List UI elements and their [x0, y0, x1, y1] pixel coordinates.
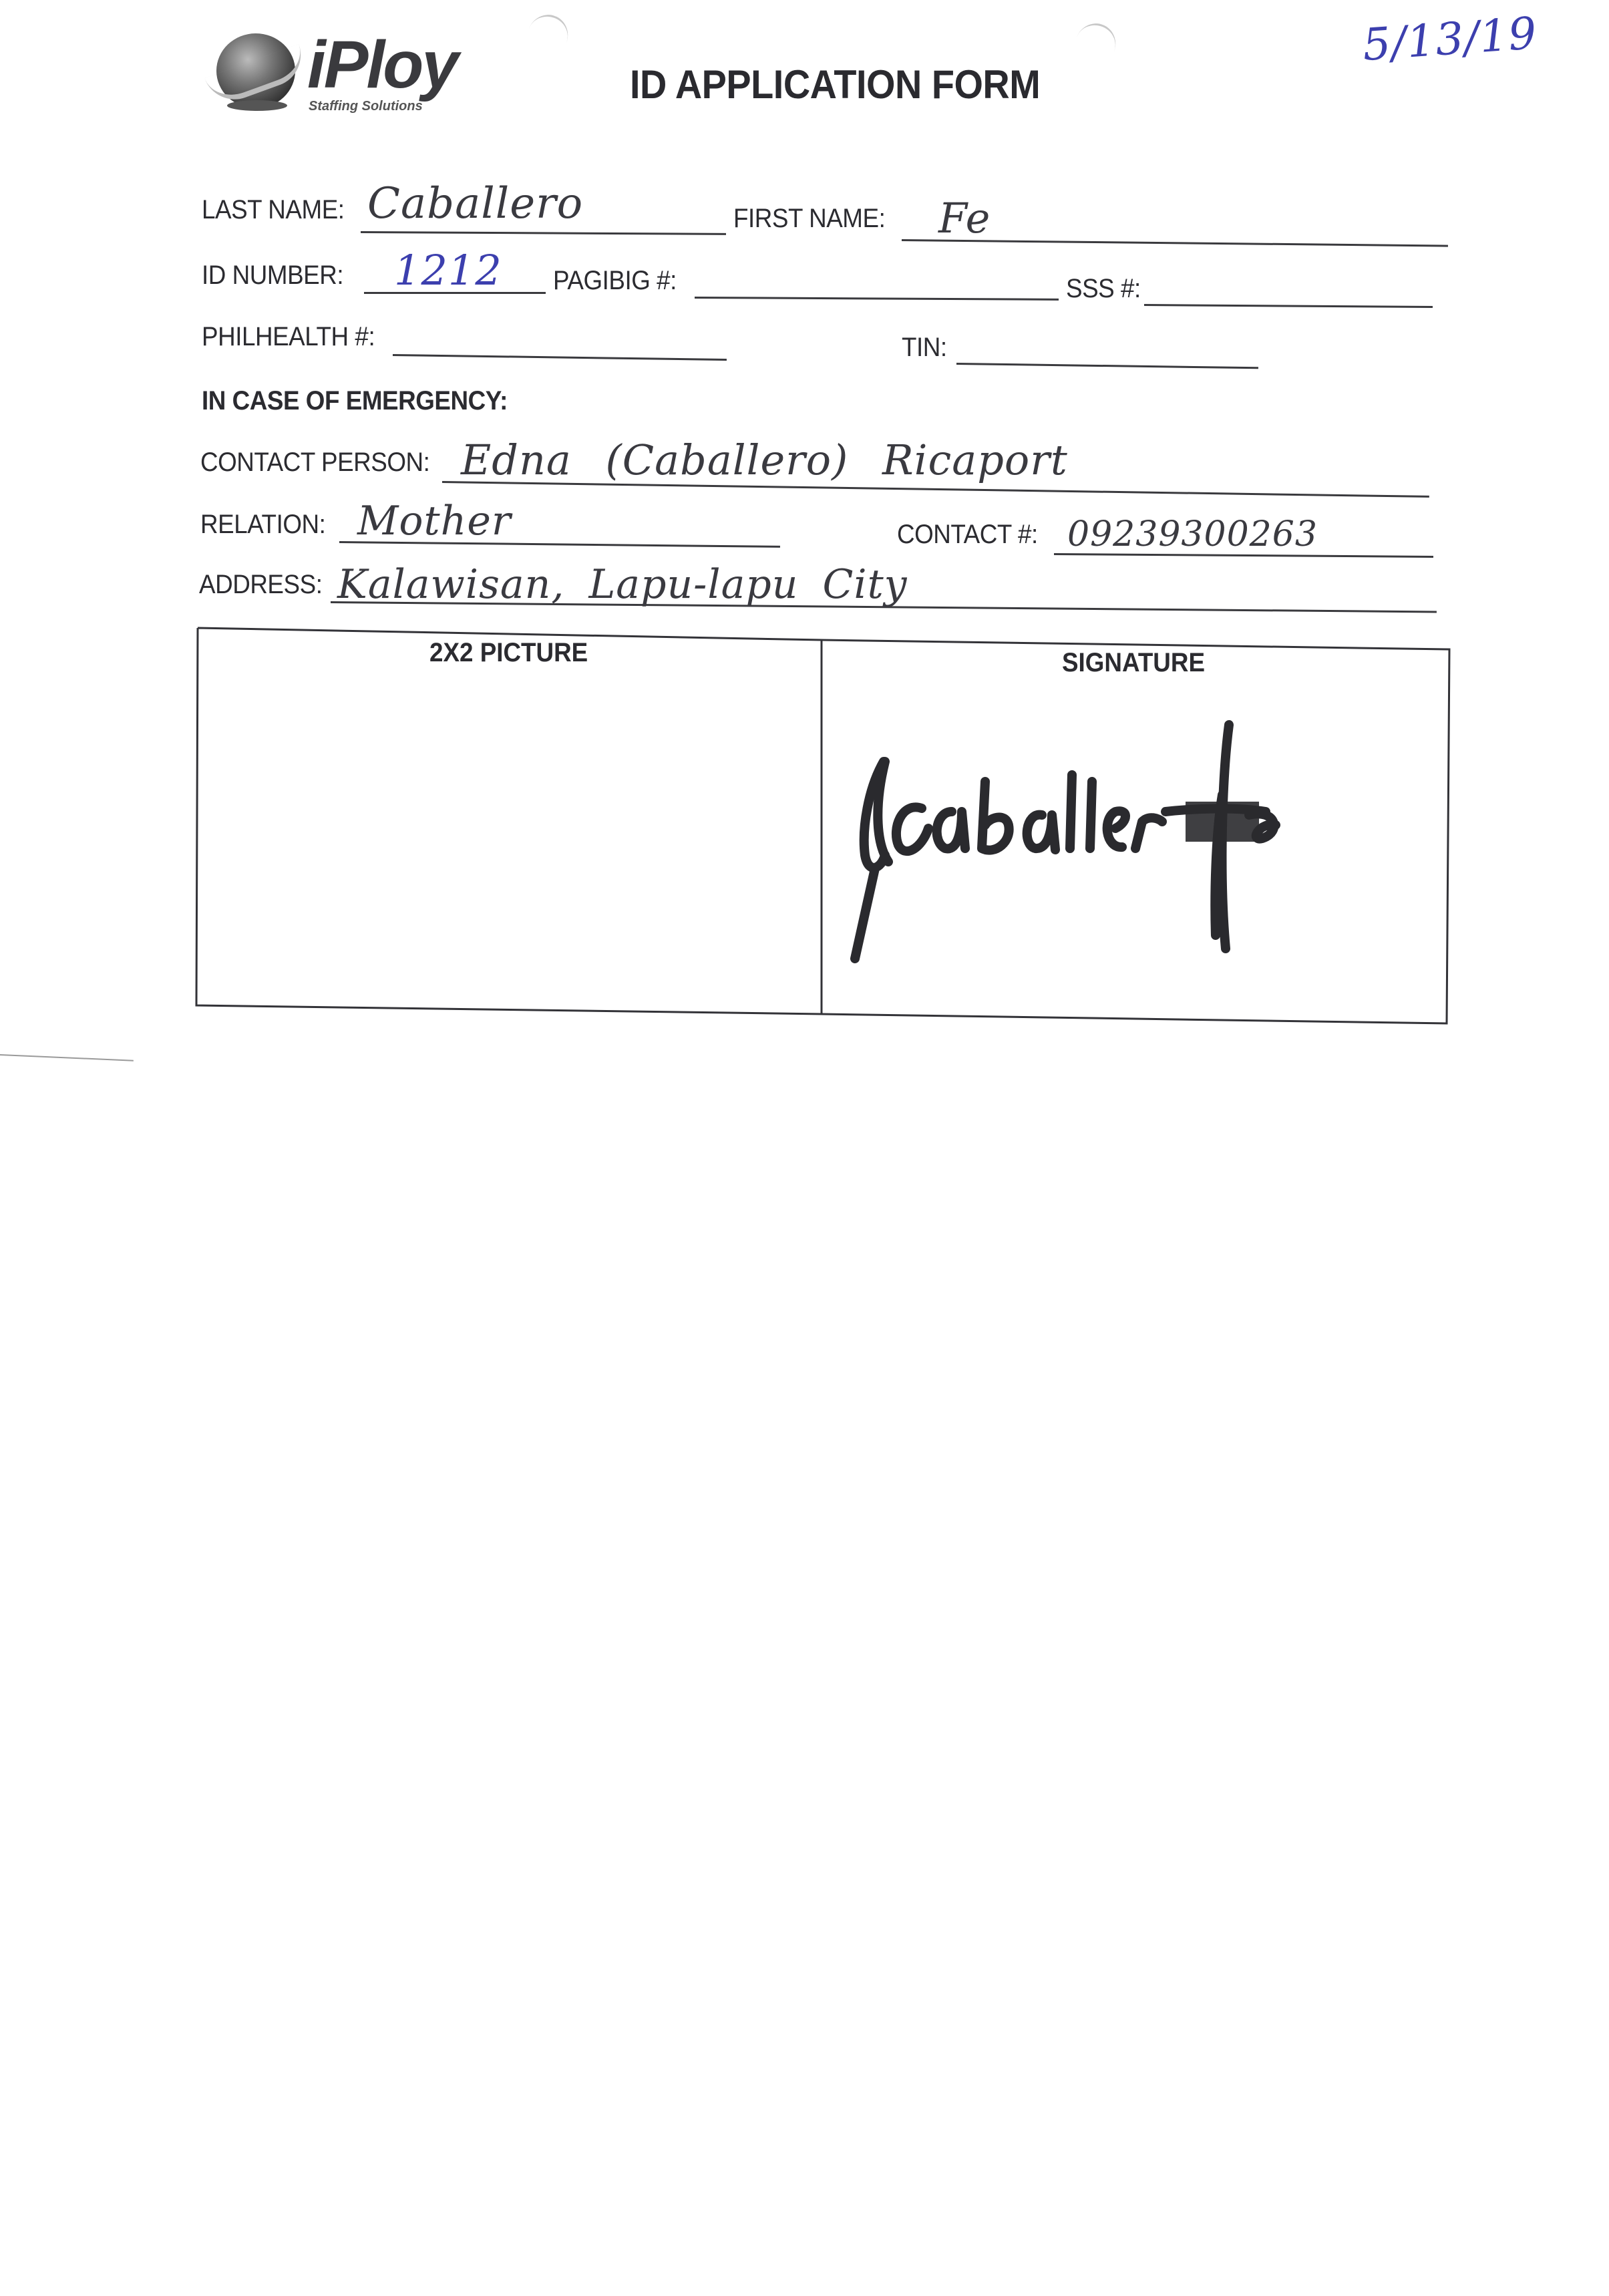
signature-field[interactable] [822, 695, 1456, 1029]
signature-box-label: SIGNATURE [1062, 648, 1205, 678]
picture-box-label: 2X2 PICTURE [429, 638, 588, 668]
photo-area[interactable] [200, 681, 818, 1002]
